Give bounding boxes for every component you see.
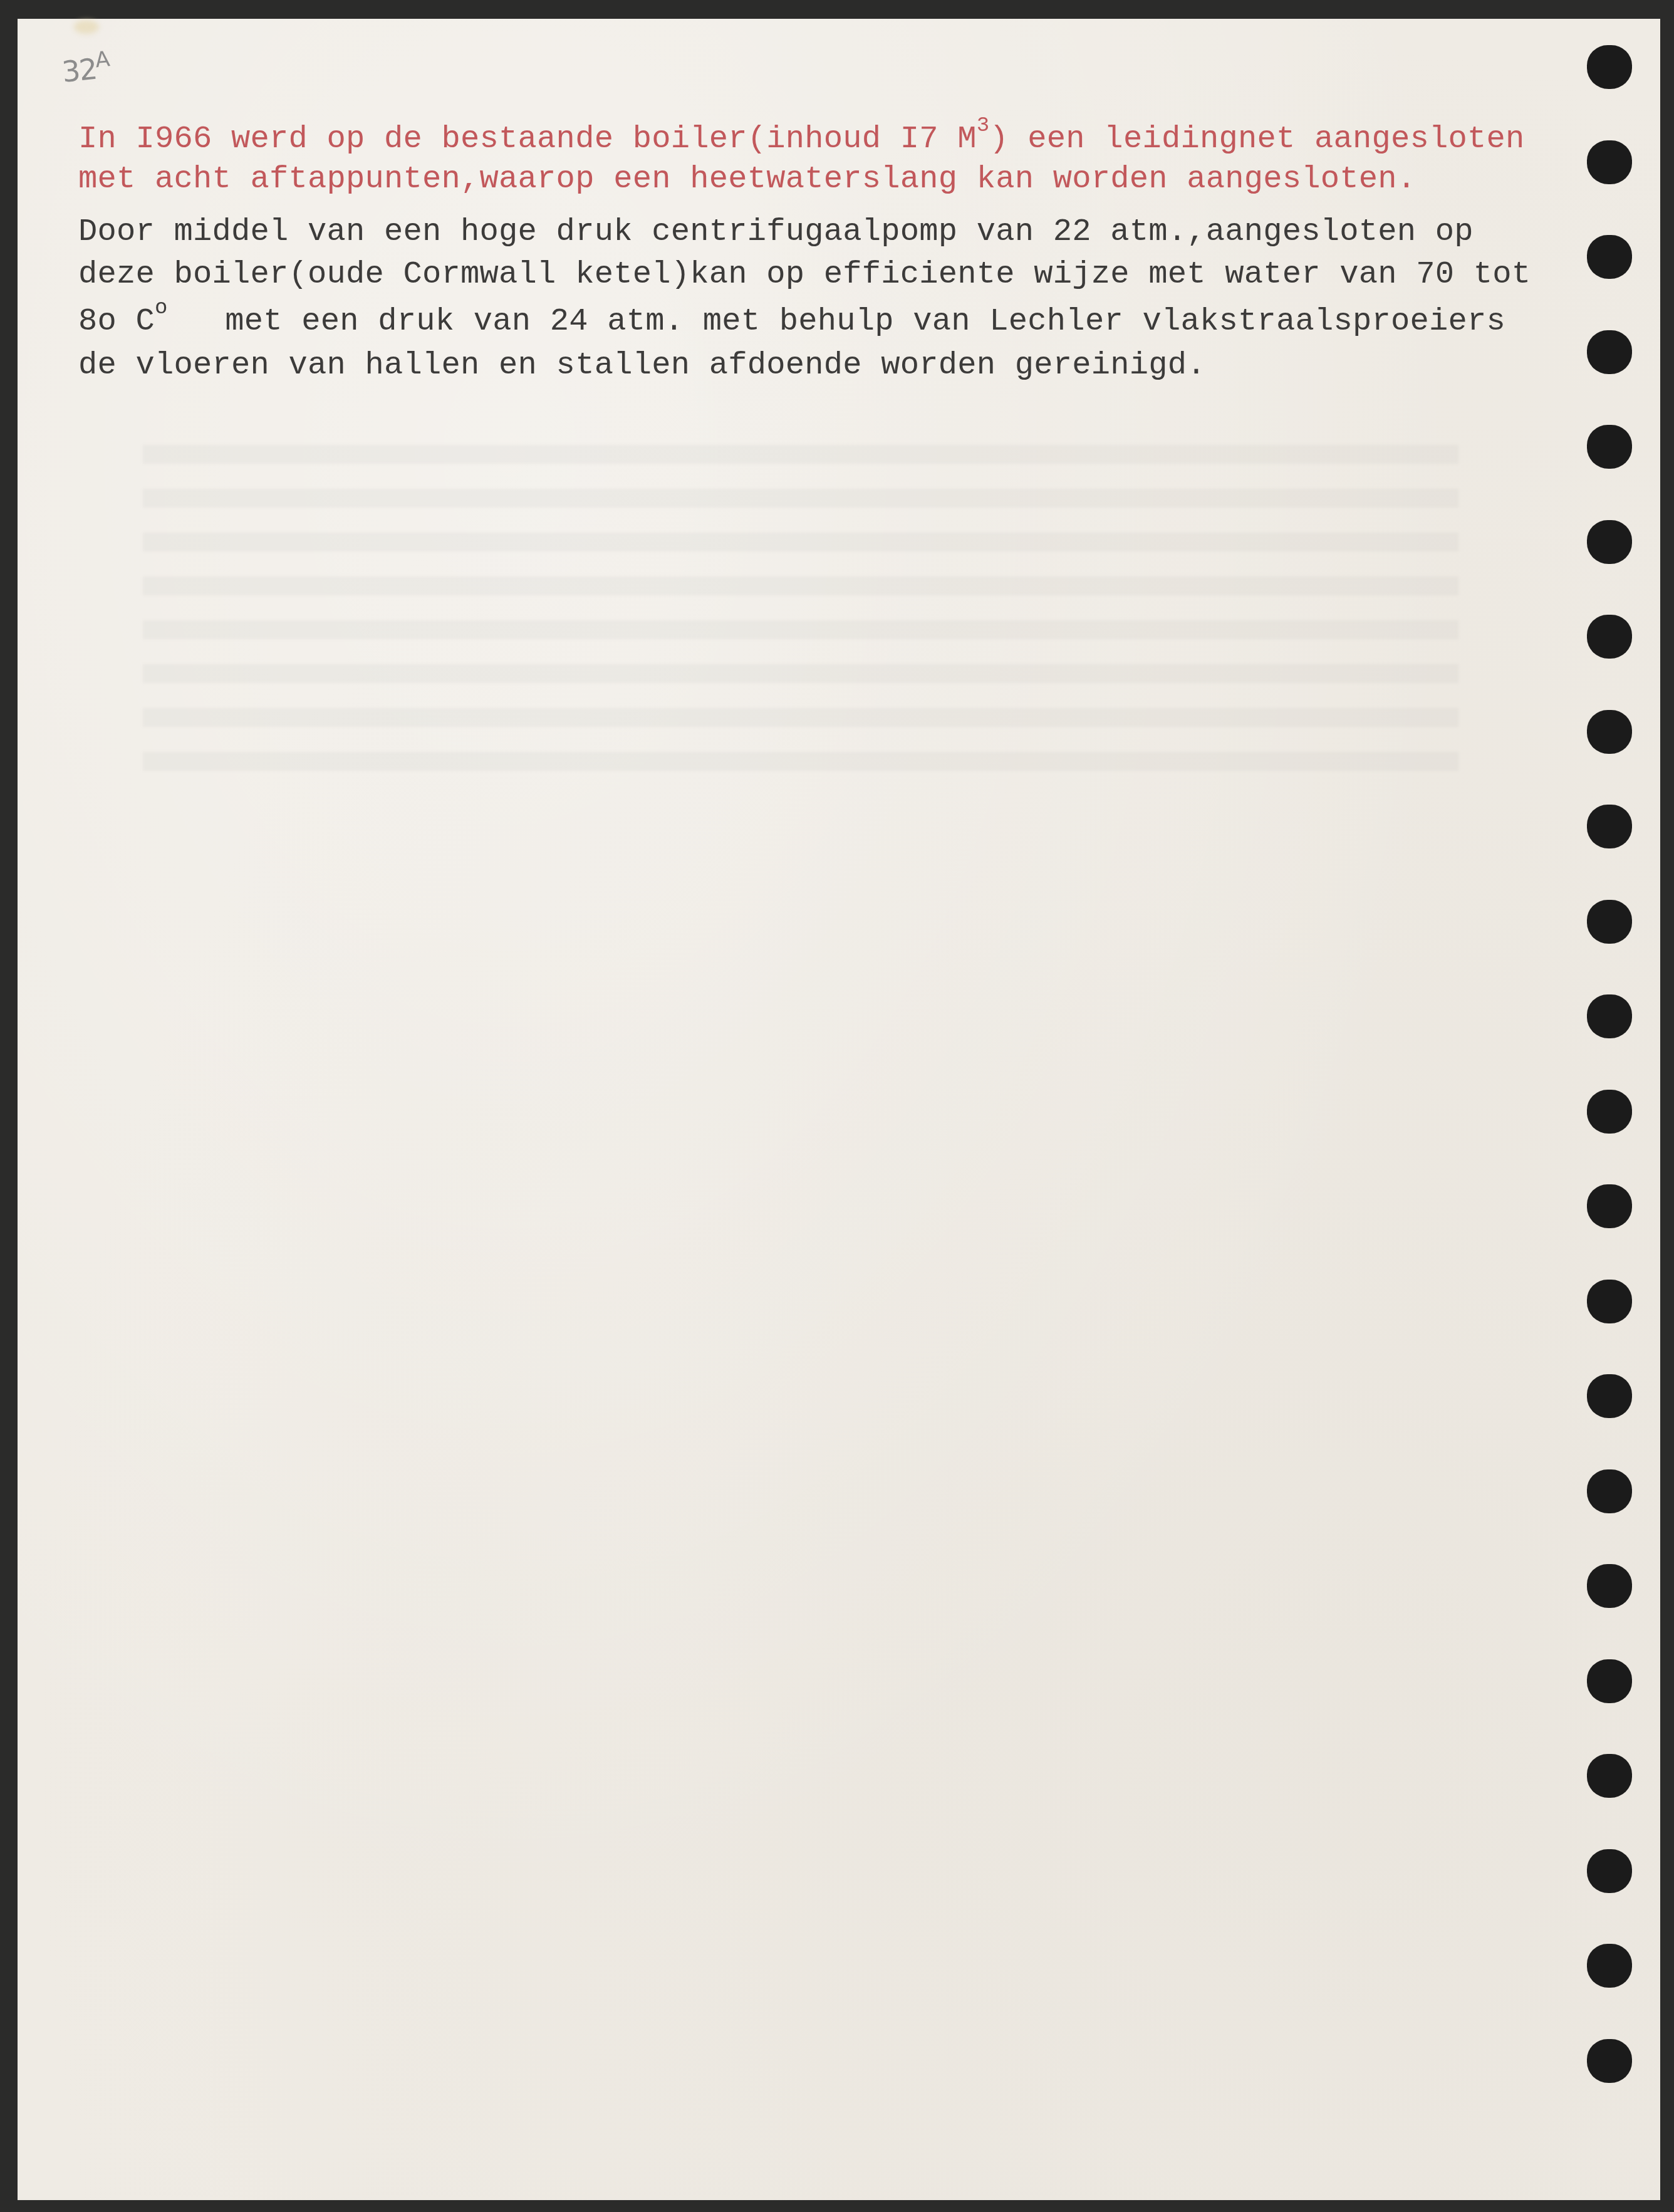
punch-hole-icon <box>1587 994 1632 1038</box>
punch-hole-icon <box>1587 1944 1632 1988</box>
punch-hole-icon <box>1587 140 1632 184</box>
punch-hole-icon <box>1587 615 1632 659</box>
text-line: Door middel van een hoge druk centrifuga… <box>78 217 1474 249</box>
paper-stain <box>74 20 99 34</box>
punch-hole-icon <box>1587 235 1632 279</box>
punch-hole-strip <box>1587 19 1637 2200</box>
text-line: met acht aftappunten,waarop een heetwate… <box>78 164 1416 196</box>
punch-hole-icon <box>1587 805 1632 848</box>
punch-hole-icon <box>1587 1849 1632 1893</box>
punch-hole-icon <box>1587 1469 1632 1513</box>
punch-hole-icon <box>1587 1659 1632 1703</box>
punch-hole-icon <box>1587 425 1632 469</box>
punch-hole-icon <box>1587 900 1632 944</box>
punch-hole-icon <box>1587 710 1632 754</box>
text-line: deze boiler(oude Cormwall ketel)kan op e… <box>78 259 1531 291</box>
text-line: 8o Co met een druk van 24 atm. met behul… <box>78 306 1505 338</box>
text-line: In I966 werd op de bestaande boiler(inho… <box>78 124 1524 156</box>
punch-hole-icon <box>1587 1754 1632 1798</box>
punch-hole-icon <box>1587 1280 1632 1323</box>
superscript: 3 <box>977 114 990 138</box>
punch-hole-icon <box>1587 1374 1632 1418</box>
superscript: o <box>155 296 168 320</box>
punch-hole-icon <box>1587 2039 1632 2083</box>
punch-hole-icon <box>1587 520 1632 564</box>
page-number-suffix: A <box>94 46 110 73</box>
document-page: 32A In I966 werd op de bestaande boiler(… <box>18 19 1660 2200</box>
punch-hole-icon <box>1587 45 1632 89</box>
punch-hole-icon <box>1587 1090 1632 1134</box>
punch-hole-icon <box>1587 1184 1632 1228</box>
page-number: 32 <box>60 52 98 89</box>
punch-hole-icon <box>1587 330 1632 374</box>
page-number-annotation: 32A <box>60 46 112 89</box>
text-line: de vloeren van hallen en stallen afdoend… <box>78 350 1206 382</box>
bleed-through-text <box>143 420 1458 771</box>
punch-hole-icon <box>1587 1564 1632 1608</box>
